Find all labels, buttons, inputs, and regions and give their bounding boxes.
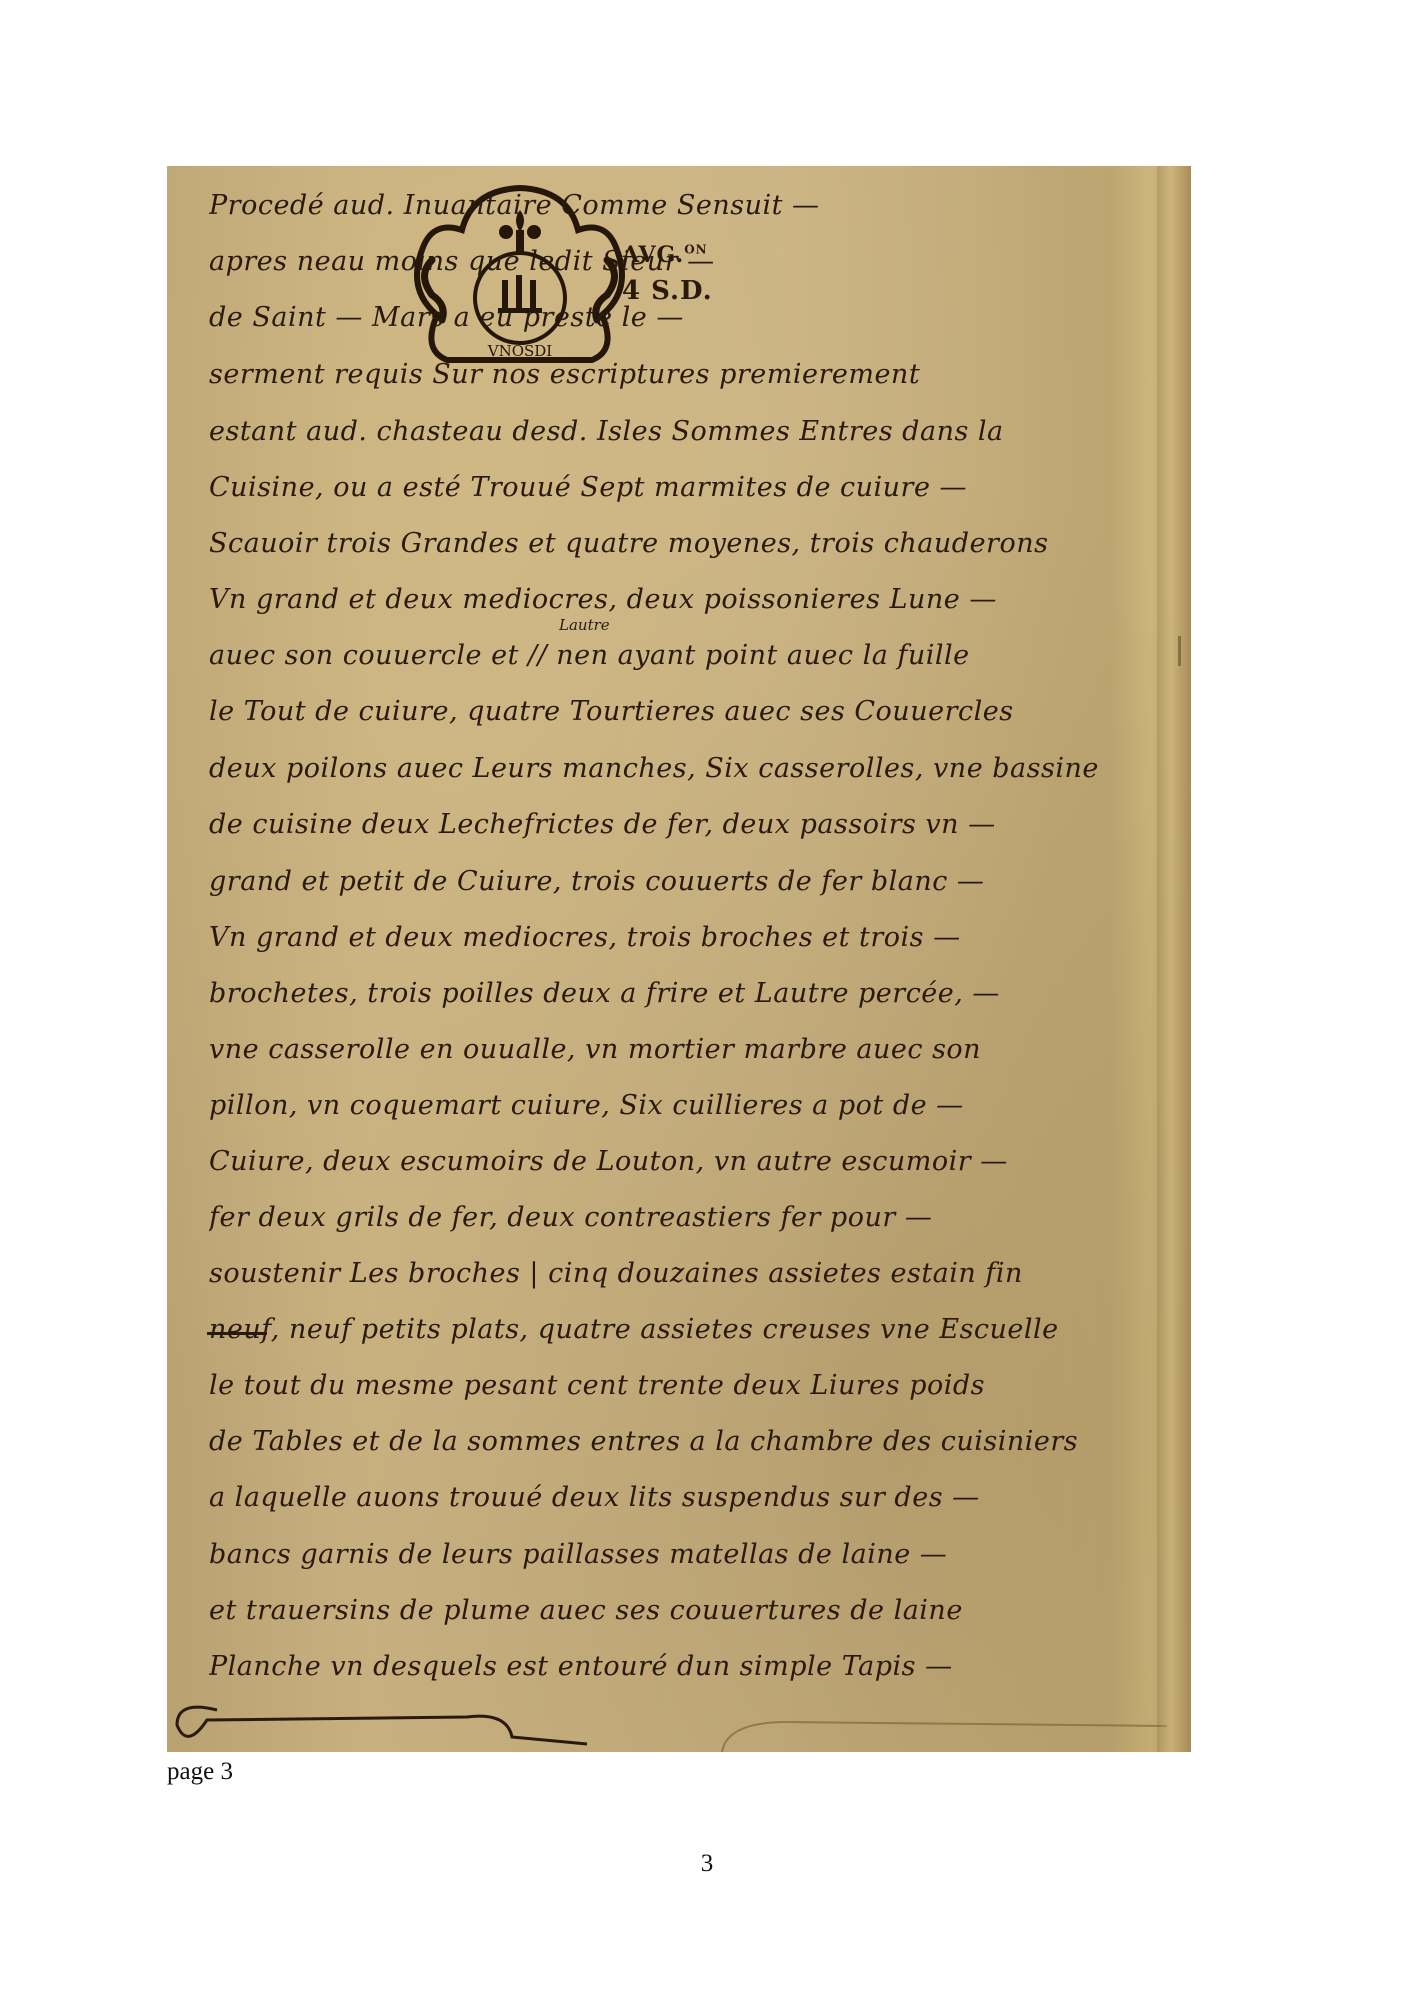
manuscript-line: vne casserolle en ouualle, vn mortier ma… — [209, 1034, 1155, 1065]
manuscript-line: grand et petit de Cuiure, trois couuerts… — [209, 866, 1155, 897]
svg-text:VNOSDI: VNOSDI — [487, 342, 553, 360]
page-number: 3 — [0, 1850, 1414, 1878]
manuscript-line: de Tables et de la sommes entres a la ch… — [209, 1426, 1155, 1457]
manuscript-line: deux poilons auec Leurs manches, Six cas… — [209, 753, 1155, 784]
manuscript-line: Vn grand et deux mediocres, deux poisson… — [209, 584, 1155, 615]
manuscript-line: Cuisine, ou a esté Trouué Sept marmites … — [209, 472, 1155, 503]
strikethrough-mark — [207, 1332, 267, 1335]
manuscript-line: Procedé aud. Inuantaire Comme Sensuit — — [209, 190, 1155, 221]
closing-flourish-icon — [167, 1682, 1191, 1752]
manuscript-line: Cuiure, deux escumoirs de Louton, vn aut… — [209, 1146, 1155, 1177]
manuscript-line: Scauoir trois Grandes et quatre moyenes,… — [209, 528, 1155, 559]
manuscript-line: Planche vn desquels est entouré dun simp… — [209, 1651, 1155, 1682]
manuscript-photo: VNOSDI AVG.ON 4 S.D. Procedé aud. Inuant… — [167, 166, 1191, 1752]
manuscript-line: de cuisine deux Lechefrictes de fer, deu… — [209, 809, 1155, 840]
manuscript-line: a laquelle auons trouué deux lits suspen… — [209, 1482, 1155, 1513]
manuscript-line: auec son couuercle et // nen ayant point… — [209, 640, 1155, 671]
manuscript-line: le Tout de cuiure, quatre Tourtieres aue… — [209, 696, 1155, 727]
manuscript-line: serment requis Sur nos escriptures premi… — [209, 359, 1155, 390]
manuscript-line: de Saint — Mars a eu presté le — — [209, 302, 1155, 333]
interlinear-insertion: Lautre — [559, 616, 610, 634]
manuscript-line: soustenir Les broches | cinq douzaines a… — [209, 1258, 1155, 1289]
manuscript-line: brochetes, trois poilles deux a frire et… — [209, 978, 1155, 1009]
manuscript-line: fer deux grils de fer, deux contreastier… — [209, 1202, 1155, 1233]
manuscript-line: bancs garnis de leurs paillasses matella… — [209, 1539, 1155, 1570]
manuscript-line: neuf, neuf petits plats, quatre assietes… — [209, 1314, 1155, 1345]
manuscript-line: le tout du mesme pesant cent trente deux… — [209, 1370, 1155, 1401]
margin-mark — [1178, 636, 1181, 666]
figure-caption: page 3 — [167, 1758, 233, 1786]
manuscript-line: Vn grand et deux mediocres, trois broche… — [209, 922, 1155, 953]
manuscript-line: estant aud. chasteau desd. Isles Sommes … — [209, 416, 1155, 447]
manuscript-line: et trauersins de plume auec ses couuertu… — [209, 1595, 1155, 1626]
manuscript-line: apres neau moins que ledit Sieur — — [209, 246, 1155, 277]
manuscript-line: pillon, vn coquemart cuiure, Six cuillie… — [209, 1090, 1155, 1121]
